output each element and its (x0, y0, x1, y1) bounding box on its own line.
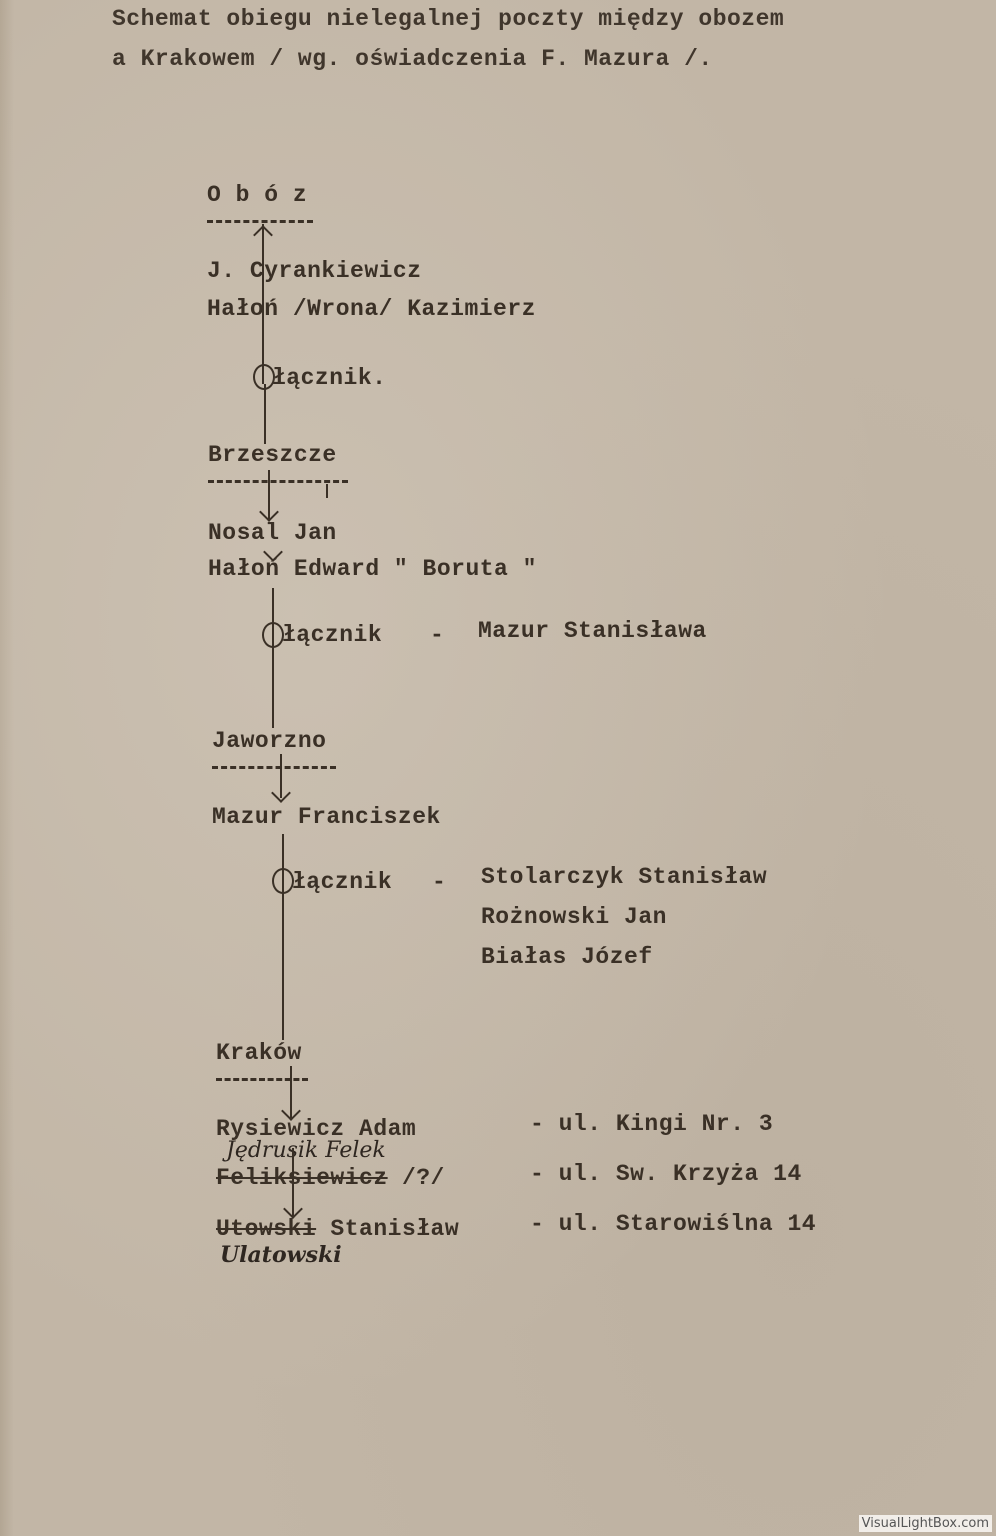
contact-mazur-franciszek: Mazur Franciszek (212, 804, 441, 830)
station-brzeszcze: Brzeszcze (208, 442, 337, 468)
courier-label-3: łącznik (292, 869, 392, 895)
arrow-down-icon (271, 783, 291, 803)
tick-mark (326, 484, 328, 498)
courier-person-bialas: Białas Józef (481, 944, 653, 970)
courier-label-2: łącznik (282, 622, 382, 648)
flow-line (272, 588, 274, 728)
station-underline (207, 220, 313, 223)
handwritten-correction-ulatowski: Ulatowski (220, 1242, 342, 1268)
flow-line (264, 384, 266, 444)
address-sw-krzyza: - ul. Sw. Krzyża 14 (530, 1161, 802, 1187)
arrow-down-icon (259, 502, 279, 522)
courier-separator: - (430, 622, 444, 648)
document-title-line-2: a Krakowem / wg. oświadczenia F. Mazura … (112, 46, 713, 72)
courier-circle-icon (262, 622, 284, 648)
station-underline (208, 480, 348, 483)
courier-person-mazur-stanislawa: Mazur Stanisława (478, 618, 707, 644)
struck-name: Feliksiewicz (216, 1165, 388, 1191)
flow-line (282, 834, 284, 1040)
station-jaworzno: Jaworzno (212, 728, 326, 754)
watermark: VisualLightBox.com (859, 1515, 992, 1532)
courier-person-stolarczyk: Stolarczyk Stanisław (481, 864, 767, 890)
courier-person-roznowski: Rożnowski Jan (481, 904, 667, 930)
struck-name: Utowski (216, 1216, 316, 1242)
courier-label-1: łącznik. (272, 365, 386, 391)
station-oboz: O b ó z (207, 182, 307, 208)
station-underline (216, 1078, 308, 1081)
courier-circle-icon (272, 868, 294, 894)
contact-cyrankiewicz: J. Cyrankiewicz (207, 258, 422, 284)
station-underline (212, 766, 336, 769)
contact-halon-edward: Hałoń Edward " Boruta " (208, 556, 537, 582)
courier-separator: - (432, 869, 446, 895)
document-title-line-1: Schemat obiegu nielegalnej poczty między… (112, 6, 784, 32)
contact-utowski-stanislaw: Utowski Stanisław (216, 1216, 459, 1242)
address-starowislna: - ul. Starowiślna 14 (530, 1211, 816, 1237)
station-krakow: Kraków (216, 1040, 302, 1066)
handwritten-correction-jedrusik: Jędrusik Felek (226, 1138, 386, 1163)
contact-halon-kazimierz: Hałoń /Wrona/ Kazimierz (207, 296, 536, 322)
contact-feliksiewicz: Feliksiewicz /?/ (216, 1165, 445, 1191)
address-kingi: - ul. Kingi Nr. 3 (530, 1111, 773, 1137)
